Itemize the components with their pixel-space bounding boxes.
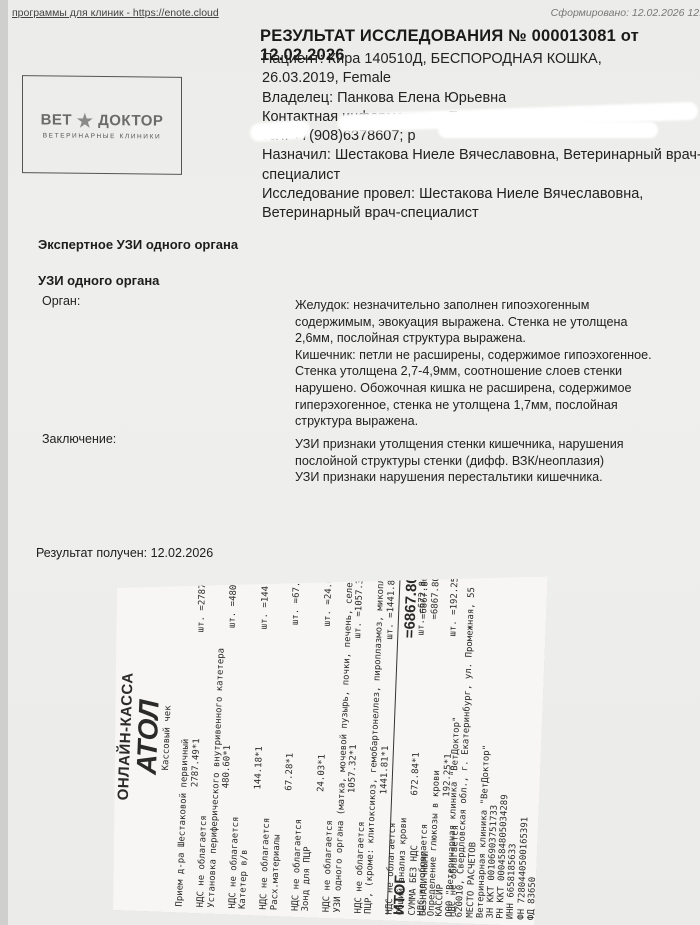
organ-findings: Желудок: незначительно заполнен гипоэхог…: [295, 297, 700, 430]
info-line: 26.03.2019, Female: [262, 69, 700, 88]
receipt-content: ОНЛАЙН-КАССА АТОЛ Кассовый чек Прием д-р…: [105, 560, 548, 925]
total-label: ИТОГ: [391, 875, 410, 915]
logo-brand-right: ДОКТОР: [98, 112, 163, 130]
receipt-item-qty: 2787.49*1: [190, 738, 202, 787]
organ-label: Орган:: [42, 294, 80, 308]
finding-line: нарушено. Обожочная кишка не расширена, …: [295, 380, 700, 397]
finding-line: гиперэхогенное, стенка не утолщена 1,7мм…: [295, 397, 700, 414]
finding-line: содержимым, эвокуация выражена. Стенка н…: [295, 314, 700, 331]
finding-line: 2,6мм, послойная структура выражена.: [295, 330, 700, 347]
generated-timestamp: Сформировано: 12.02.2026 12:: [551, 7, 700, 19]
conclusion-line: УЗИ признаки утолщения стенки кишечника,…: [295, 436, 700, 453]
subsection-title: УЗИ одного органа: [38, 273, 159, 288]
cash-receipt: ОНЛАЙН-КАССА АТОЛ Кассовый чек Прием д-р…: [105, 560, 548, 925]
cat-icon: ★: [74, 110, 96, 130]
conclusion-line: УЗИ признаки нарушения перестальтики киш…: [295, 469, 700, 486]
finding-line: Кишечник: петли не расширены, содержимое…: [295, 347, 700, 364]
finding-line: Стенка утолщена 2,7-4,9мм, соотношение с…: [295, 363, 700, 380]
conclusion-line: послойной структуры стенки (дифф. ВЗК/не…: [295, 453, 700, 470]
info-line: Ветеринарный врач-специалист: [262, 204, 700, 223]
finding-line: структура выражена.: [295, 413, 700, 430]
redaction-mark: [438, 122, 658, 138]
info-line: Пациент: Кира 140510Д, БЕСПОРОДНАЯ КОШКА…: [262, 50, 700, 69]
conclusion-text: УЗИ признаки утолщения стенки кишечника,…: [295, 436, 700, 486]
receipt-item-qty: 144.18*1: [253, 746, 265, 790]
logo-brand-left: ВЕТ: [41, 111, 73, 128]
section-title: Экспертное УЗИ одного органа: [38, 237, 238, 252]
info-line: специалист: [262, 166, 700, 185]
cashless-value: =6867.80: [429, 576, 441, 620]
result-received: Результат получен: 12.02.2026: [36, 546, 213, 560]
logo-wordmark: ВЕТ ★ ДОКТОР: [41, 110, 164, 131]
receipt-item-qty: 1057.32*1: [347, 744, 359, 793]
clinic-logo: ВЕТ ★ ДОКТОР ВЕТЕРИНАРНЫЕ КЛИНИКИ: [22, 75, 182, 175]
receipt-item-qty: 24.03*1: [316, 754, 328, 792]
receipt-item-qty: 67.28*1: [284, 753, 296, 791]
info-line: Назначил: Шестакова Ниеле Вячеславовна, …: [262, 146, 700, 165]
receipt-item-qty: 480.60*1: [221, 745, 233, 789]
conclusion-label: Заключение:: [42, 432, 116, 446]
receipt-item-qty: 1441.81*1: [379, 745, 391, 794]
enote-link[interactable]: программы для клиник - https://enote.clo…: [12, 7, 219, 19]
receipt-header: ОНЛАЙН-КАССА АТОЛ Кассовый чек: [115, 672, 175, 802]
finding-line: Желудок: незначительно заполнен гипоэхог…: [295, 297, 700, 314]
total-value: =6867.80: [401, 575, 420, 639]
logo-subtitle: ВЕТЕРИНАРНЫЕ КЛИНИКИ: [43, 132, 162, 140]
info-line: Исследование провел: Шестакова Ниеле Вяч…: [262, 185, 700, 204]
